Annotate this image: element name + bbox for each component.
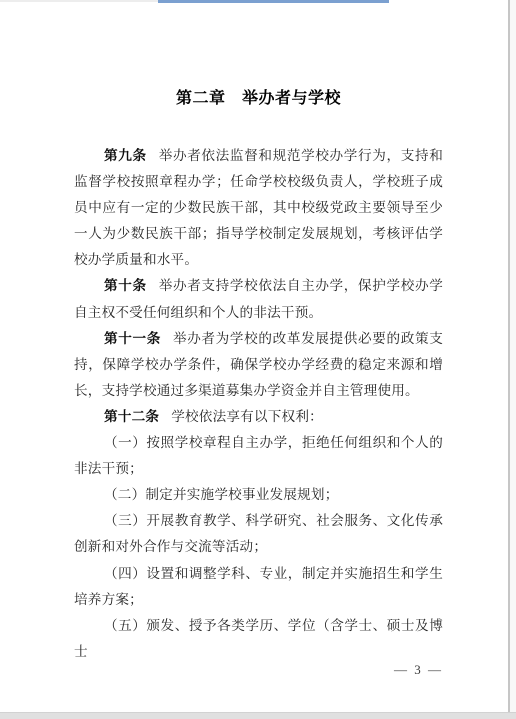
- list-item-3: （三）开展教育教学、科学研究、社会服务、文化传承创新和对外合作与交流等活动；: [74, 508, 443, 560]
- article-paragraph-11: 第十一条举办者为学校的改革发展提供必要的政策支持，保障学校办学条件，确保学校办学…: [74, 326, 443, 404]
- article-label-10: 第十条: [104, 278, 147, 293]
- list-item-5: （五）颁发、授予各类学历、学位（含学士、硕士及博士: [74, 613, 443, 665]
- page-right-border: [508, 0, 510, 713]
- chapter-heading: 第二章 举办者与学校: [74, 0, 443, 110]
- page-bottom-edge: [0, 712, 516, 719]
- article-label-9: 第九条: [104, 148, 147, 163]
- list-item-1: （一）按照学校章程自主办学，拒绝任何组织和个人的非法干预；: [74, 430, 443, 482]
- article-paragraph-12: 第十二条学校依法享有以下权利：: [74, 404, 443, 430]
- article-label-12: 第十二条: [104, 409, 159, 424]
- article-text-9: 举办者依法监督和规范学校办学行为，支持和监督学校按照章程办学；任命学校校级负责人…: [74, 148, 443, 267]
- article-text-12: 学校依法享有以下权利：: [171, 409, 323, 424]
- page-content: 第二章 举办者与学校 第九条举办者依法监督和规范学校办学行为，支持和监督学校按照…: [74, 0, 443, 665]
- article-label-11: 第十一条: [104, 331, 161, 346]
- list-item-2: （二）制定并实施学校事业发展规划；: [74, 482, 443, 508]
- document-page: 第二章 举办者与学校 第九条举办者依法监督和规范学校办学行为，支持和监督学校按照…: [0, 0, 516, 719]
- list-item-4: （四）设置和调整学科、专业，制定并实施招生和学生培养方案；: [74, 561, 443, 613]
- article-paragraph-9: 第九条举办者依法监督和规范学校办学行为，支持和监督学校按照章程办学；任命学校校级…: [74, 143, 443, 273]
- page-number: — 3 —: [74, 662, 443, 678]
- right-gutter: [510, 0, 516, 713]
- article-paragraph-10: 第十条举办者支持学校依法自主办学，保护学校办学自主权不受任何组织和个人的非法干预…: [74, 273, 443, 325]
